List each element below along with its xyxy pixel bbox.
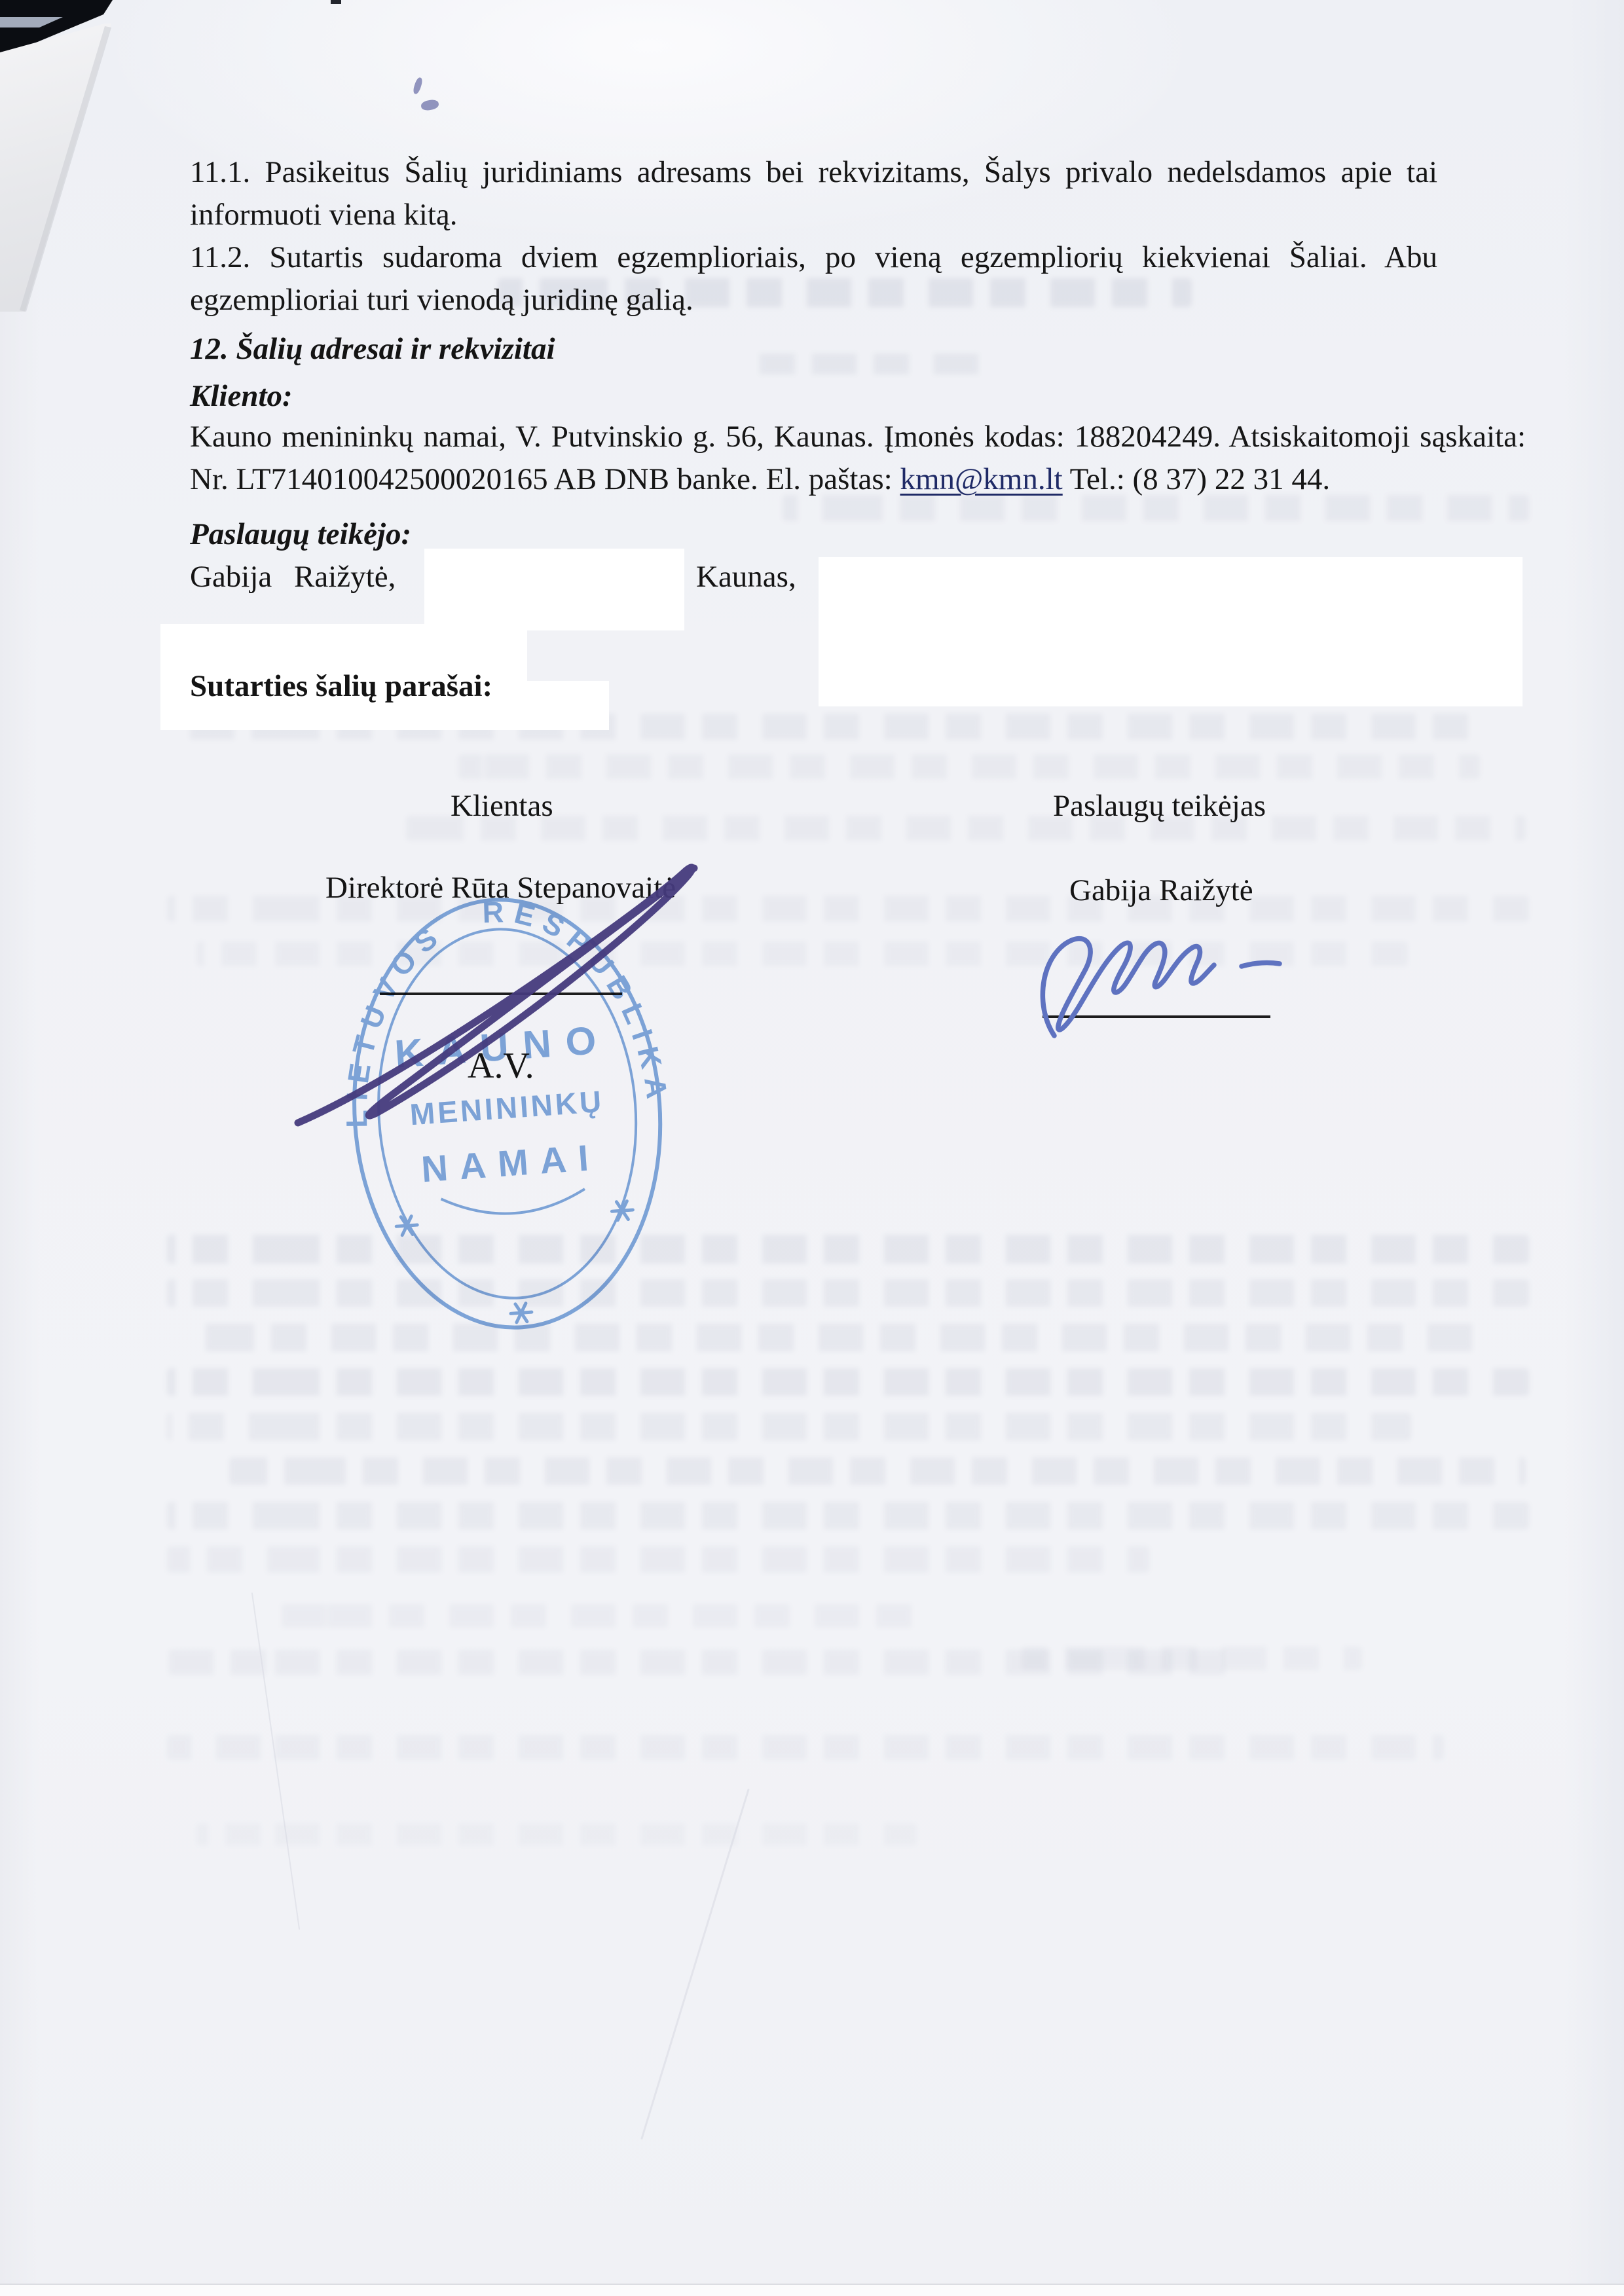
bleedthrough-line — [167, 1413, 1411, 1440]
provider-label: Paslaugų teikėjo: — [190, 516, 411, 553]
clause-number: 11.2. — [190, 240, 250, 274]
provider-city: Kaunas, — [696, 558, 796, 595]
email-link: kmn@kmn.lt — [900, 462, 1062, 496]
bleedthrough-line — [1022, 1647, 1362, 1670]
bleedthrough-line — [196, 1823, 917, 1846]
paper-crease — [251, 1592, 300, 1929]
bleedthrough-line — [167, 1368, 1529, 1396]
client-details: Kauno menininkų namai, V. Putvinskio g. … — [190, 416, 1526, 501]
scan-bottom-strip — [0, 2284, 1624, 2296]
clauses-block: 11.1. Pasikeitus Šalių juridiniams adres… — [190, 151, 1437, 321]
clause-number: 11.1. — [190, 155, 250, 189]
bleedthrough-line — [750, 354, 986, 374]
bleedthrough-line — [406, 816, 1526, 841]
redaction-box — [819, 557, 1522, 706]
clause-text: Pasikeitus Šalių juridiniams adresams be… — [190, 155, 1437, 232]
bleedthrough-line — [262, 1604, 917, 1628]
left-handwritten-signature — [275, 858, 733, 1139]
left-role-label: Klientas — [451, 788, 553, 824]
scanner-bed-wedge — [0, 24, 121, 312]
scanned-contract-page: 11.1. Pasikeitus Šalių juridiniams adres… — [0, 0, 1624, 2296]
client-details-text-2: Tel.: (8 37) 22 31 44. — [1063, 462, 1330, 496]
right-role-label: Paslaugų teikėjas — [1053, 788, 1266, 824]
provider-name: Gabija Raižytė, — [190, 558, 396, 595]
clause-text: Sutartis sudaroma dviem egzemplioriais, … — [190, 240, 1437, 317]
bleedthrough-line — [458, 754, 1480, 779]
right-handwritten-signature — [1020, 911, 1302, 1075]
right-signatory-name: Gabija Raižytė — [1069, 872, 1253, 909]
bleedthrough-line — [167, 1502, 1529, 1529]
ink-speck — [420, 99, 439, 111]
bleedthrough-line — [229, 1457, 1526, 1485]
stamp-line3: NAMAI — [420, 1136, 601, 1190]
section-12-title: 12. Šalių adresai ir rekvizitai — [190, 331, 555, 367]
stamp-star-icon — [510, 1303, 532, 1322]
client-label: Kliento: — [190, 378, 293, 414]
bleedthrough-line — [167, 1546, 1149, 1573]
bleedthrough-line — [167, 1735, 1444, 1760]
ink-speck — [412, 77, 424, 95]
clause-11-1: 11.1. Pasikeitus Šalių juridiniams adres… — [190, 151, 1437, 236]
redaction-box — [424, 549, 684, 630]
clause-11-2: 11.2. Sutartis sudaroma dviem egzemplior… — [190, 236, 1437, 321]
scanner-edge-mark — [331, 0, 341, 4]
signatures-heading: Sutarties šalių parašai: — [190, 668, 492, 704]
